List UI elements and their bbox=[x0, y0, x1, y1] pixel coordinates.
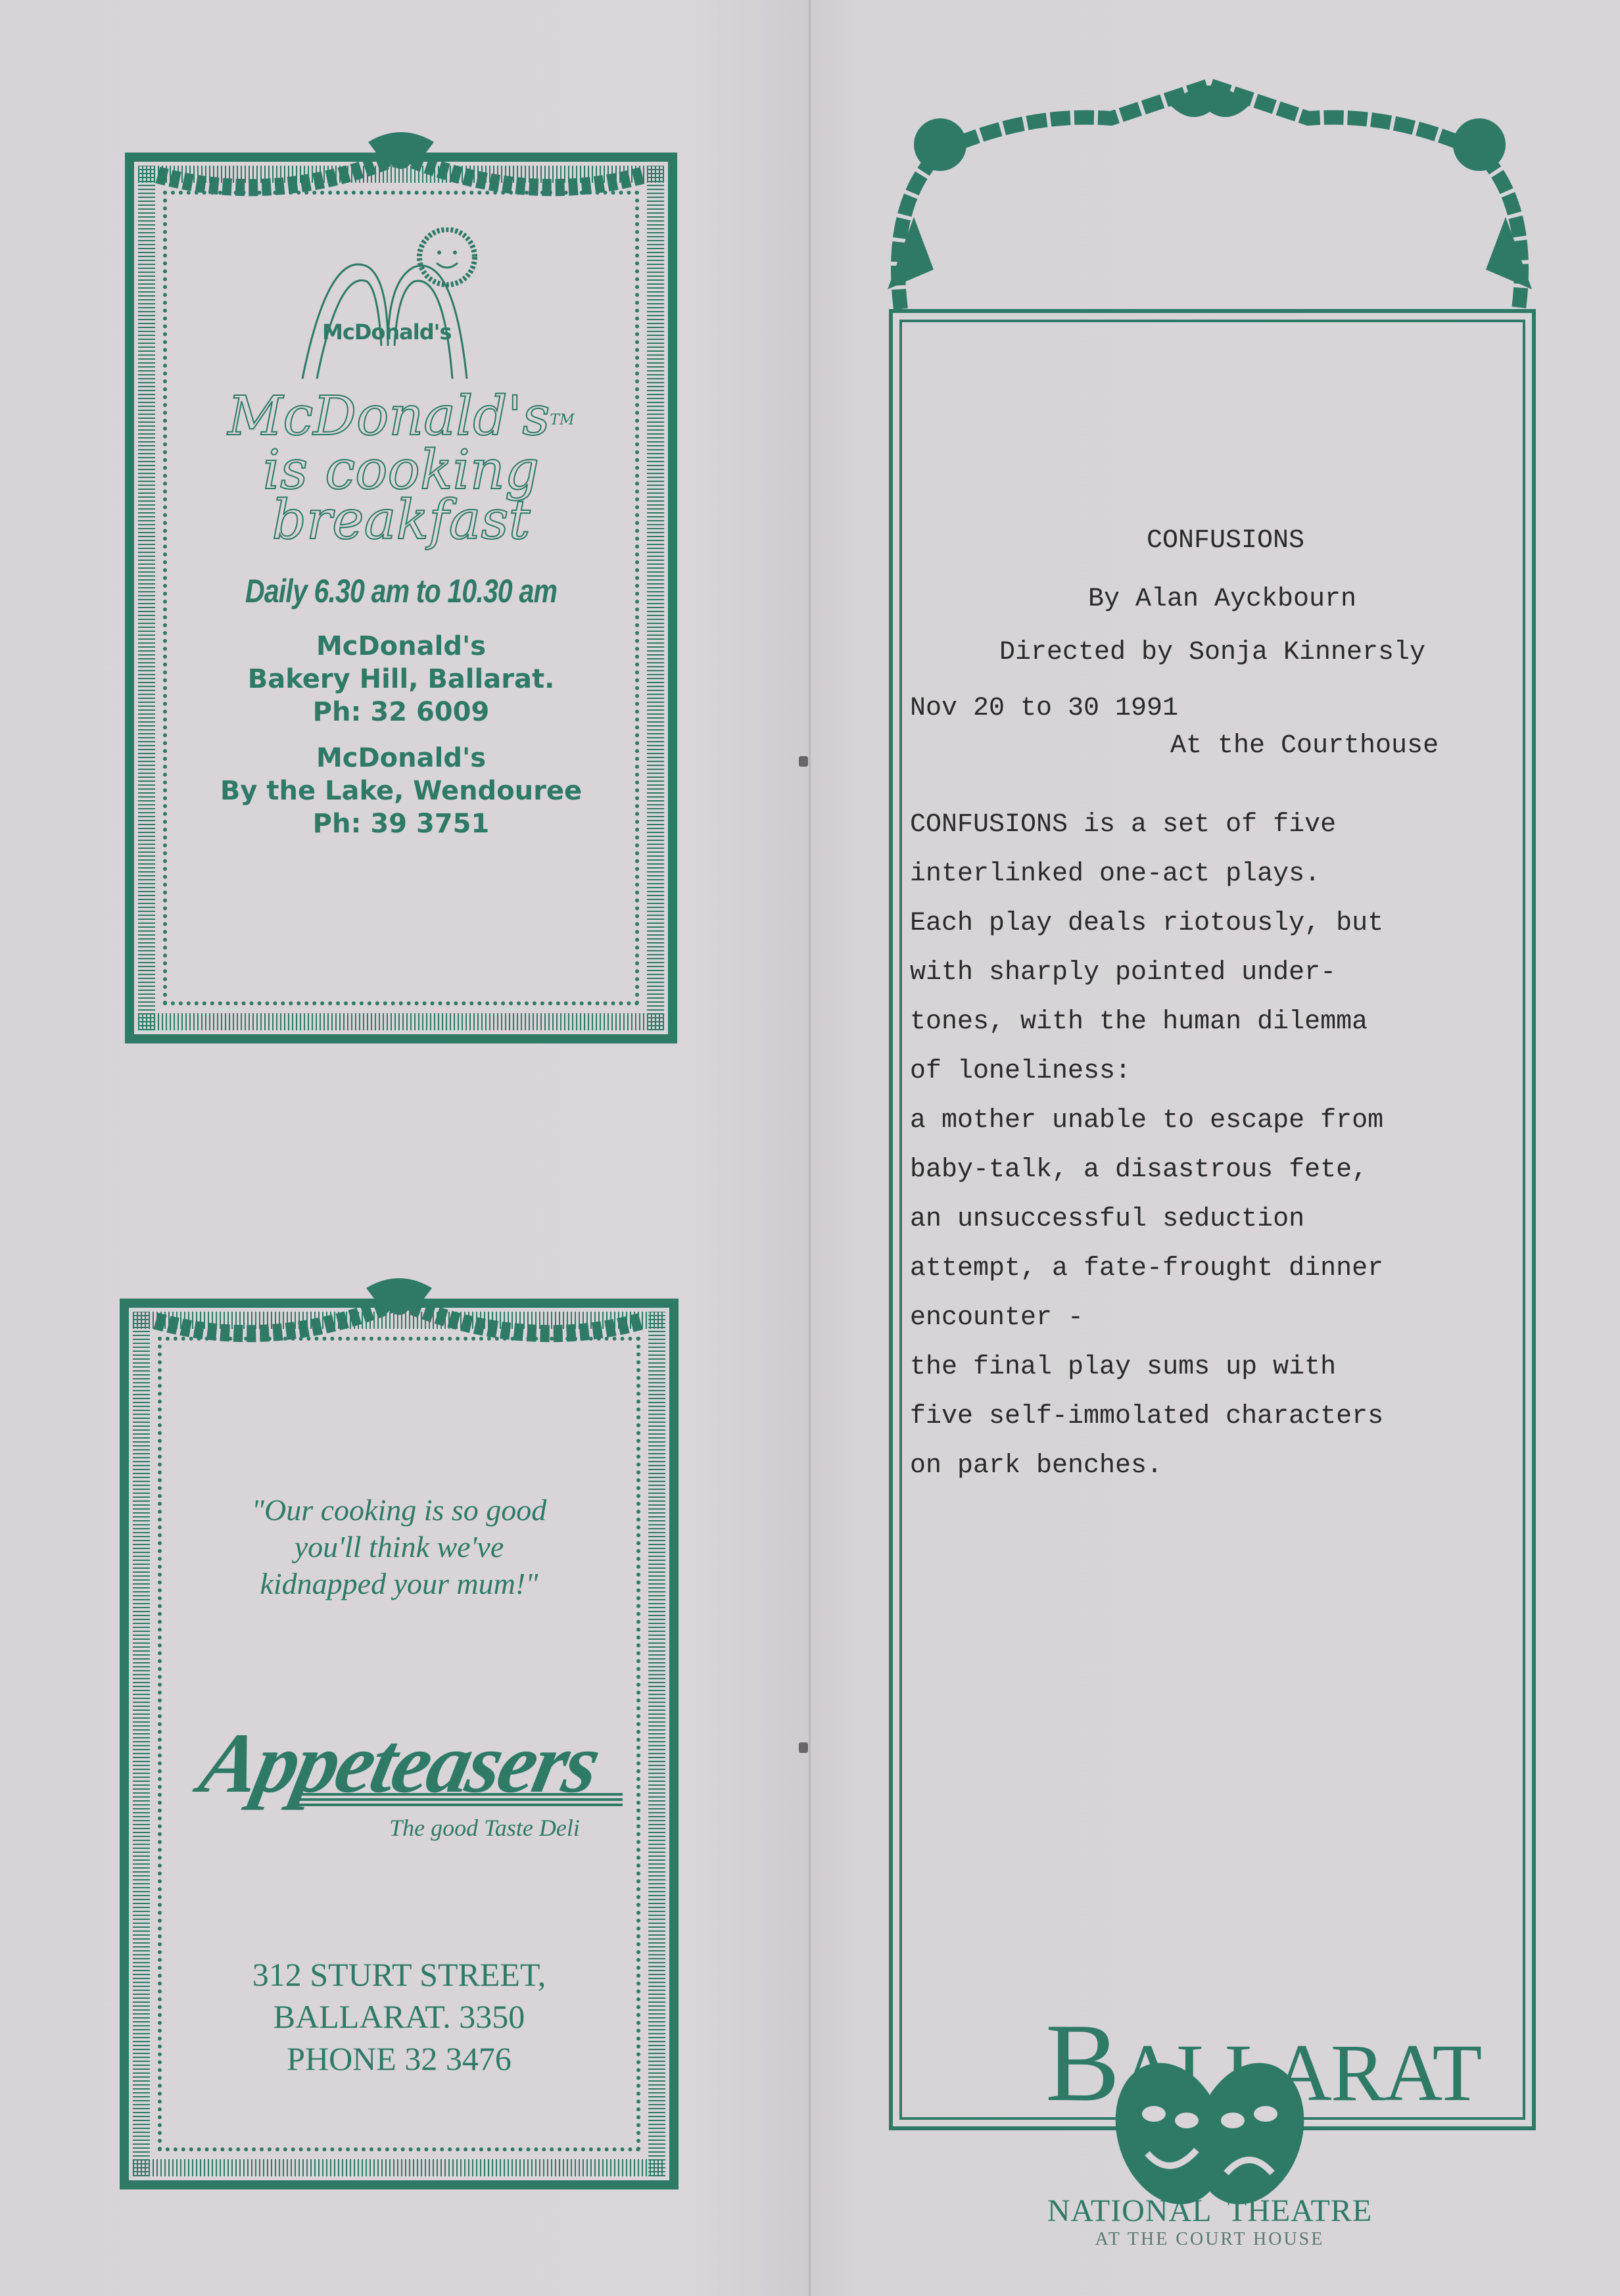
description-line: a mother unable to escape from bbox=[910, 1096, 1515, 1145]
staple bbox=[799, 756, 808, 767]
logo-line3: AT THE COURT HOUSE bbox=[1045, 2229, 1374, 2250]
golden-arches-sun-icon bbox=[289, 227, 513, 385]
ballarat-national-theatre-logo: BALLARAT NATIONAL THEATRE AT THE COURT H… bbox=[1045, 1999, 1374, 2250]
store-bakery-hill: McDonald's Bakery Hill, Ballarat. Ph: 32… bbox=[248, 630, 555, 729]
play-details: CONFUSIONS By Alan Ayckbourn Directed by… bbox=[910, 526, 1515, 1491]
headline-line2: is cooking bbox=[263, 446, 539, 496]
description-line: Each play deals riotously, but bbox=[910, 899, 1515, 948]
mcdonalds-ad: McDonald's McDonald'sTM is cooking break… bbox=[125, 153, 677, 1043]
play-director: Directed by Sonja Kinnersly bbox=[910, 638, 1515, 667]
description-line: encounter - bbox=[910, 1293, 1515, 1343]
deli-tagline: The good Taste Deli bbox=[389, 1814, 580, 1842]
description-line: with sharply pointed under- bbox=[910, 948, 1515, 997]
headline-line3: breakfast bbox=[272, 496, 530, 546]
description-line: of loneliness: bbox=[910, 1047, 1515, 1096]
deli-slogan: "Our cooking is so good you'll think we'… bbox=[252, 1492, 547, 1602]
mcdonalds-logo: McDonald's bbox=[289, 227, 513, 385]
description-line: an unsuccessful seduction bbox=[910, 1195, 1515, 1244]
appeteasers-logo: Appeteasers bbox=[192, 1714, 607, 1813]
play-dates: Nov 20 to 30 1991 bbox=[910, 694, 1515, 723]
mcdonalds-wordmark: McDonald's bbox=[322, 320, 451, 345]
description-line: CONFUSIONS is a set of five bbox=[910, 800, 1515, 849]
play-description: CONFUSIONS is a set of fiveinterlinked o… bbox=[910, 800, 1515, 1491]
appeteasers-ad: "Our cooking is so good you'll think we'… bbox=[120, 1299, 679, 2189]
theatre-masks-icon bbox=[1108, 2055, 1312, 2212]
deli-address: 312 STURT STREET, BALLARAT. 3350 PHONE 3… bbox=[252, 1953, 546, 2080]
description-line: the final play sums up with bbox=[910, 1343, 1515, 1392]
headline: McDonald'sTM bbox=[227, 392, 574, 446]
play-author: By Alan Ayckbourn bbox=[930, 585, 1515, 614]
opening-hours: Daily 6.30 am to 10.30 am bbox=[245, 572, 557, 610]
floral-garland-icon bbox=[145, 129, 657, 208]
floral-garland-icon bbox=[143, 1275, 655, 1354]
description-line: tones, with the human dilemma bbox=[910, 997, 1515, 1047]
booklet-spine bbox=[809, 0, 811, 2296]
description-line: interlinked one-act plays. bbox=[910, 849, 1515, 899]
description-line: baby-talk, a disastrous fete, bbox=[910, 1145, 1515, 1195]
description-line: attempt, a fate-frought dinner bbox=[910, 1244, 1515, 1293]
play-title: CONFUSIONS bbox=[936, 526, 1515, 556]
store-wendouree: McDonald's By the Lake, Wendouree Ph: 39… bbox=[220, 742, 582, 840]
play-venue: At the Courthouse bbox=[1170, 731, 1515, 761]
cherub-arch-ornament-icon bbox=[861, 72, 1558, 322]
description-line: five self-immolated characters bbox=[910, 1392, 1515, 1441]
staple bbox=[799, 1742, 808, 1753]
description-line: on park benches. bbox=[910, 1441, 1515, 1491]
